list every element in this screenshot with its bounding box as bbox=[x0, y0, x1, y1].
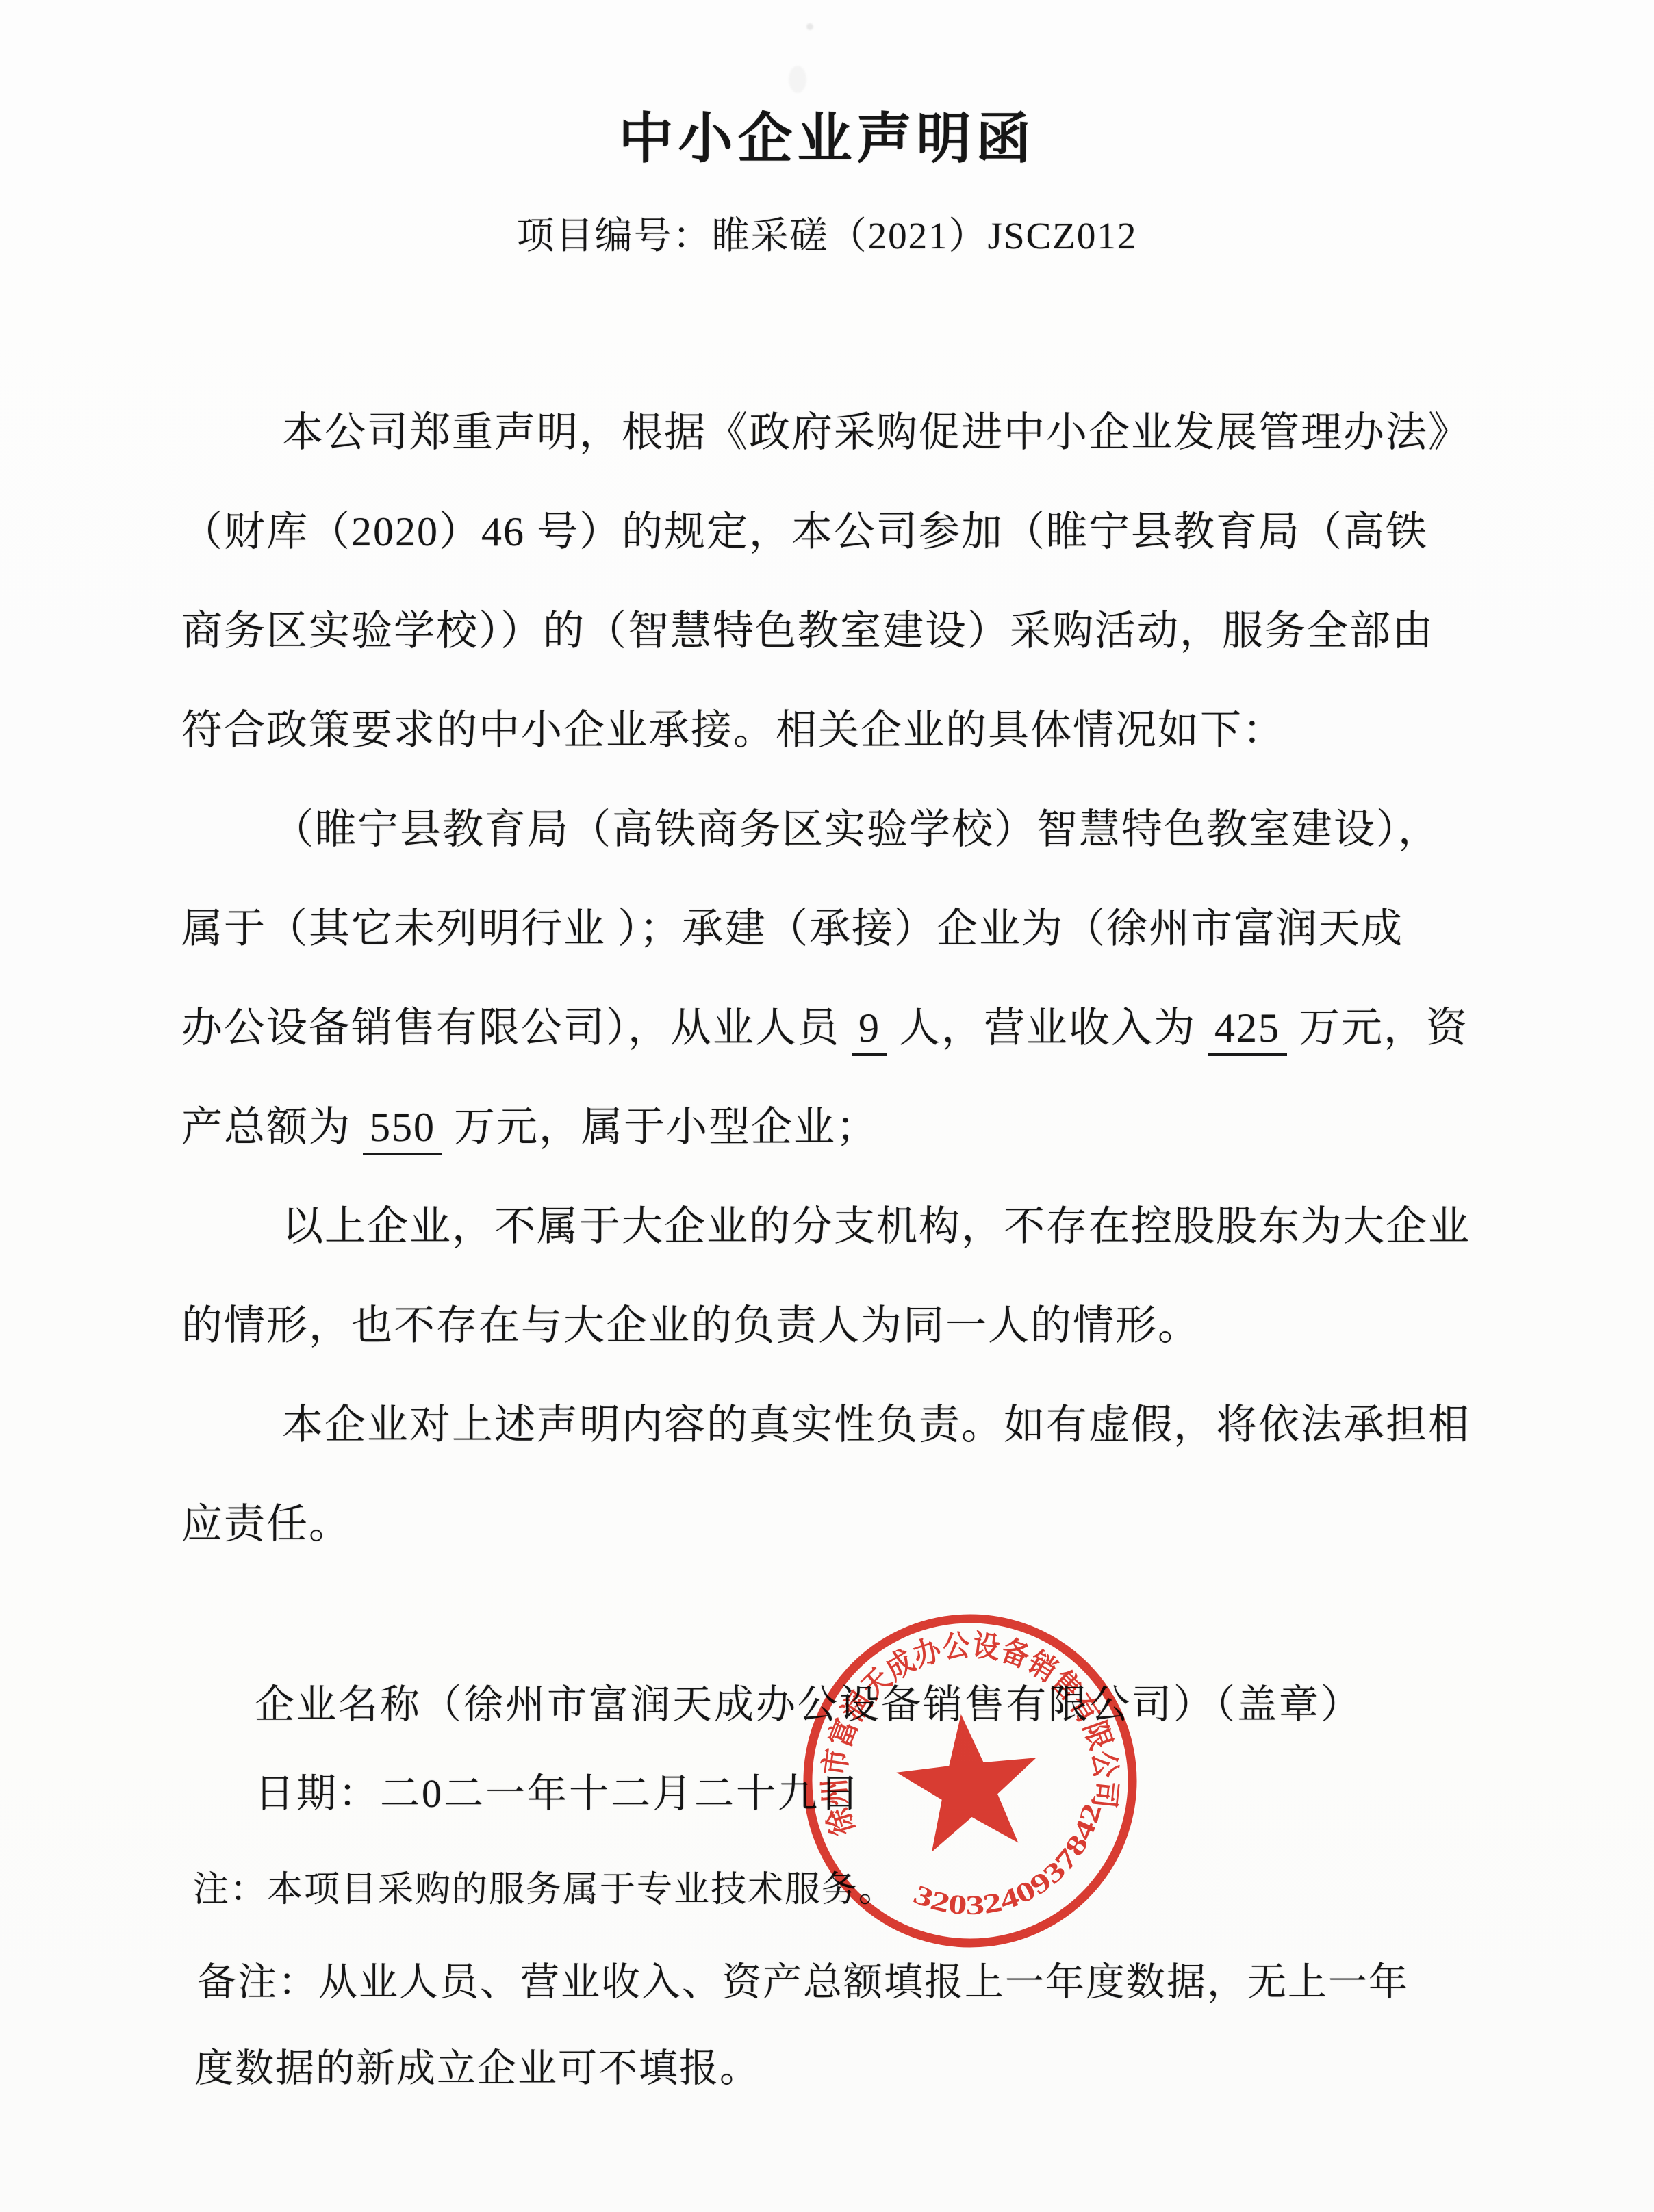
scan-speck bbox=[806, 23, 813, 30]
revenue-value: 425 bbox=[1208, 1005, 1287, 1056]
body-line-2: （财库（2020）46 号）的规定，本公司参加（睢宁县教育局（高铁 bbox=[181, 510, 1428, 554]
seal-number-arc: 3203240937842 bbox=[900, 1786, 1132, 1953]
body-line-9: 以上企业，不属于大企业的分支机构，不存在控股股东为大企业 bbox=[282, 1205, 1471, 1248]
body-line-3: 商务区实验学校））的（智慧特色教室建设）采购活动，服务全部由 bbox=[181, 609, 1434, 653]
body-line-10: 的情形，也不存在与大企业的负责人为同一人的情形。 bbox=[181, 1304, 1200, 1348]
company-name-line: 企业名称（徐州市富润天成办公设备销售有限公司）（盖章） bbox=[255, 1672, 1362, 1729]
body-line-5: （睢宁县教育局（高铁商务区实验学校）智慧特色教室建设）， bbox=[272, 808, 1440, 851]
line8-text-c: 万元，属于小型企业； bbox=[442, 1105, 878, 1150]
date-line: 日期：二0二一年十二月二十九日 bbox=[255, 1761, 861, 1818]
project-number-line: 项目编号：睢采磋（2021）JSCZ012 bbox=[0, 205, 1654, 259]
line7-text-c: 人，营业收入为 bbox=[887, 1005, 1208, 1051]
document-page: 中小企业声明函 项目编号：睢采磋（2021）JSCZ012 本公司郑重声明，根据… bbox=[0, 0, 1654, 2212]
line7-text-e: 万元，资 bbox=[1287, 1005, 1468, 1051]
line7-text-a: 办公设备销售有限公司），从业人员 bbox=[181, 1005, 852, 1051]
employees-count-value: 9 bbox=[852, 1005, 887, 1056]
body-line-12: 应责任。 bbox=[181, 1502, 351, 1546]
body-line-6: 属于（其它未列明行业 ）；承建（承接）企业为（徐州市富润天成 bbox=[181, 907, 1403, 951]
total-assets-value: 550 bbox=[363, 1105, 442, 1155]
document-title: 中小企业声明函 bbox=[0, 94, 1654, 173]
body-line-1: 本公司郑重声明，根据《政府采购促进中小企业发展管理办法》 bbox=[282, 411, 1471, 454]
line8-text-a: 产总额为 bbox=[181, 1105, 363, 1150]
scan-speck bbox=[789, 66, 806, 93]
note-line: 注：本项目采购的服务属于专业技术服务。 bbox=[193, 1860, 895, 1912]
body-line-4: 符合政策要求的中小企业承接。相关企业的具体情况如下： bbox=[181, 708, 1285, 752]
body-line-7: 办公设备销售有限公司），从业人员 9 人，营业收入为 425 万元，资 bbox=[181, 1006, 1468, 1050]
body-line-11: 本企业对上述声明内容的真实性负责。如有虚假，将依法承担相 bbox=[282, 1403, 1471, 1447]
remark-line-1: 备注：从业人员、营业收入、资产总额填报上一年度数据，无上一年 bbox=[197, 1951, 1409, 2007]
remark-line-2: 度数据的新成立企业可不填报。 bbox=[194, 2037, 760, 2093]
body-line-8: 产总额为 550 万元，属于小型企业； bbox=[181, 1105, 878, 1149]
seal-number-text: 3203240937842 bbox=[900, 1786, 1132, 1953]
